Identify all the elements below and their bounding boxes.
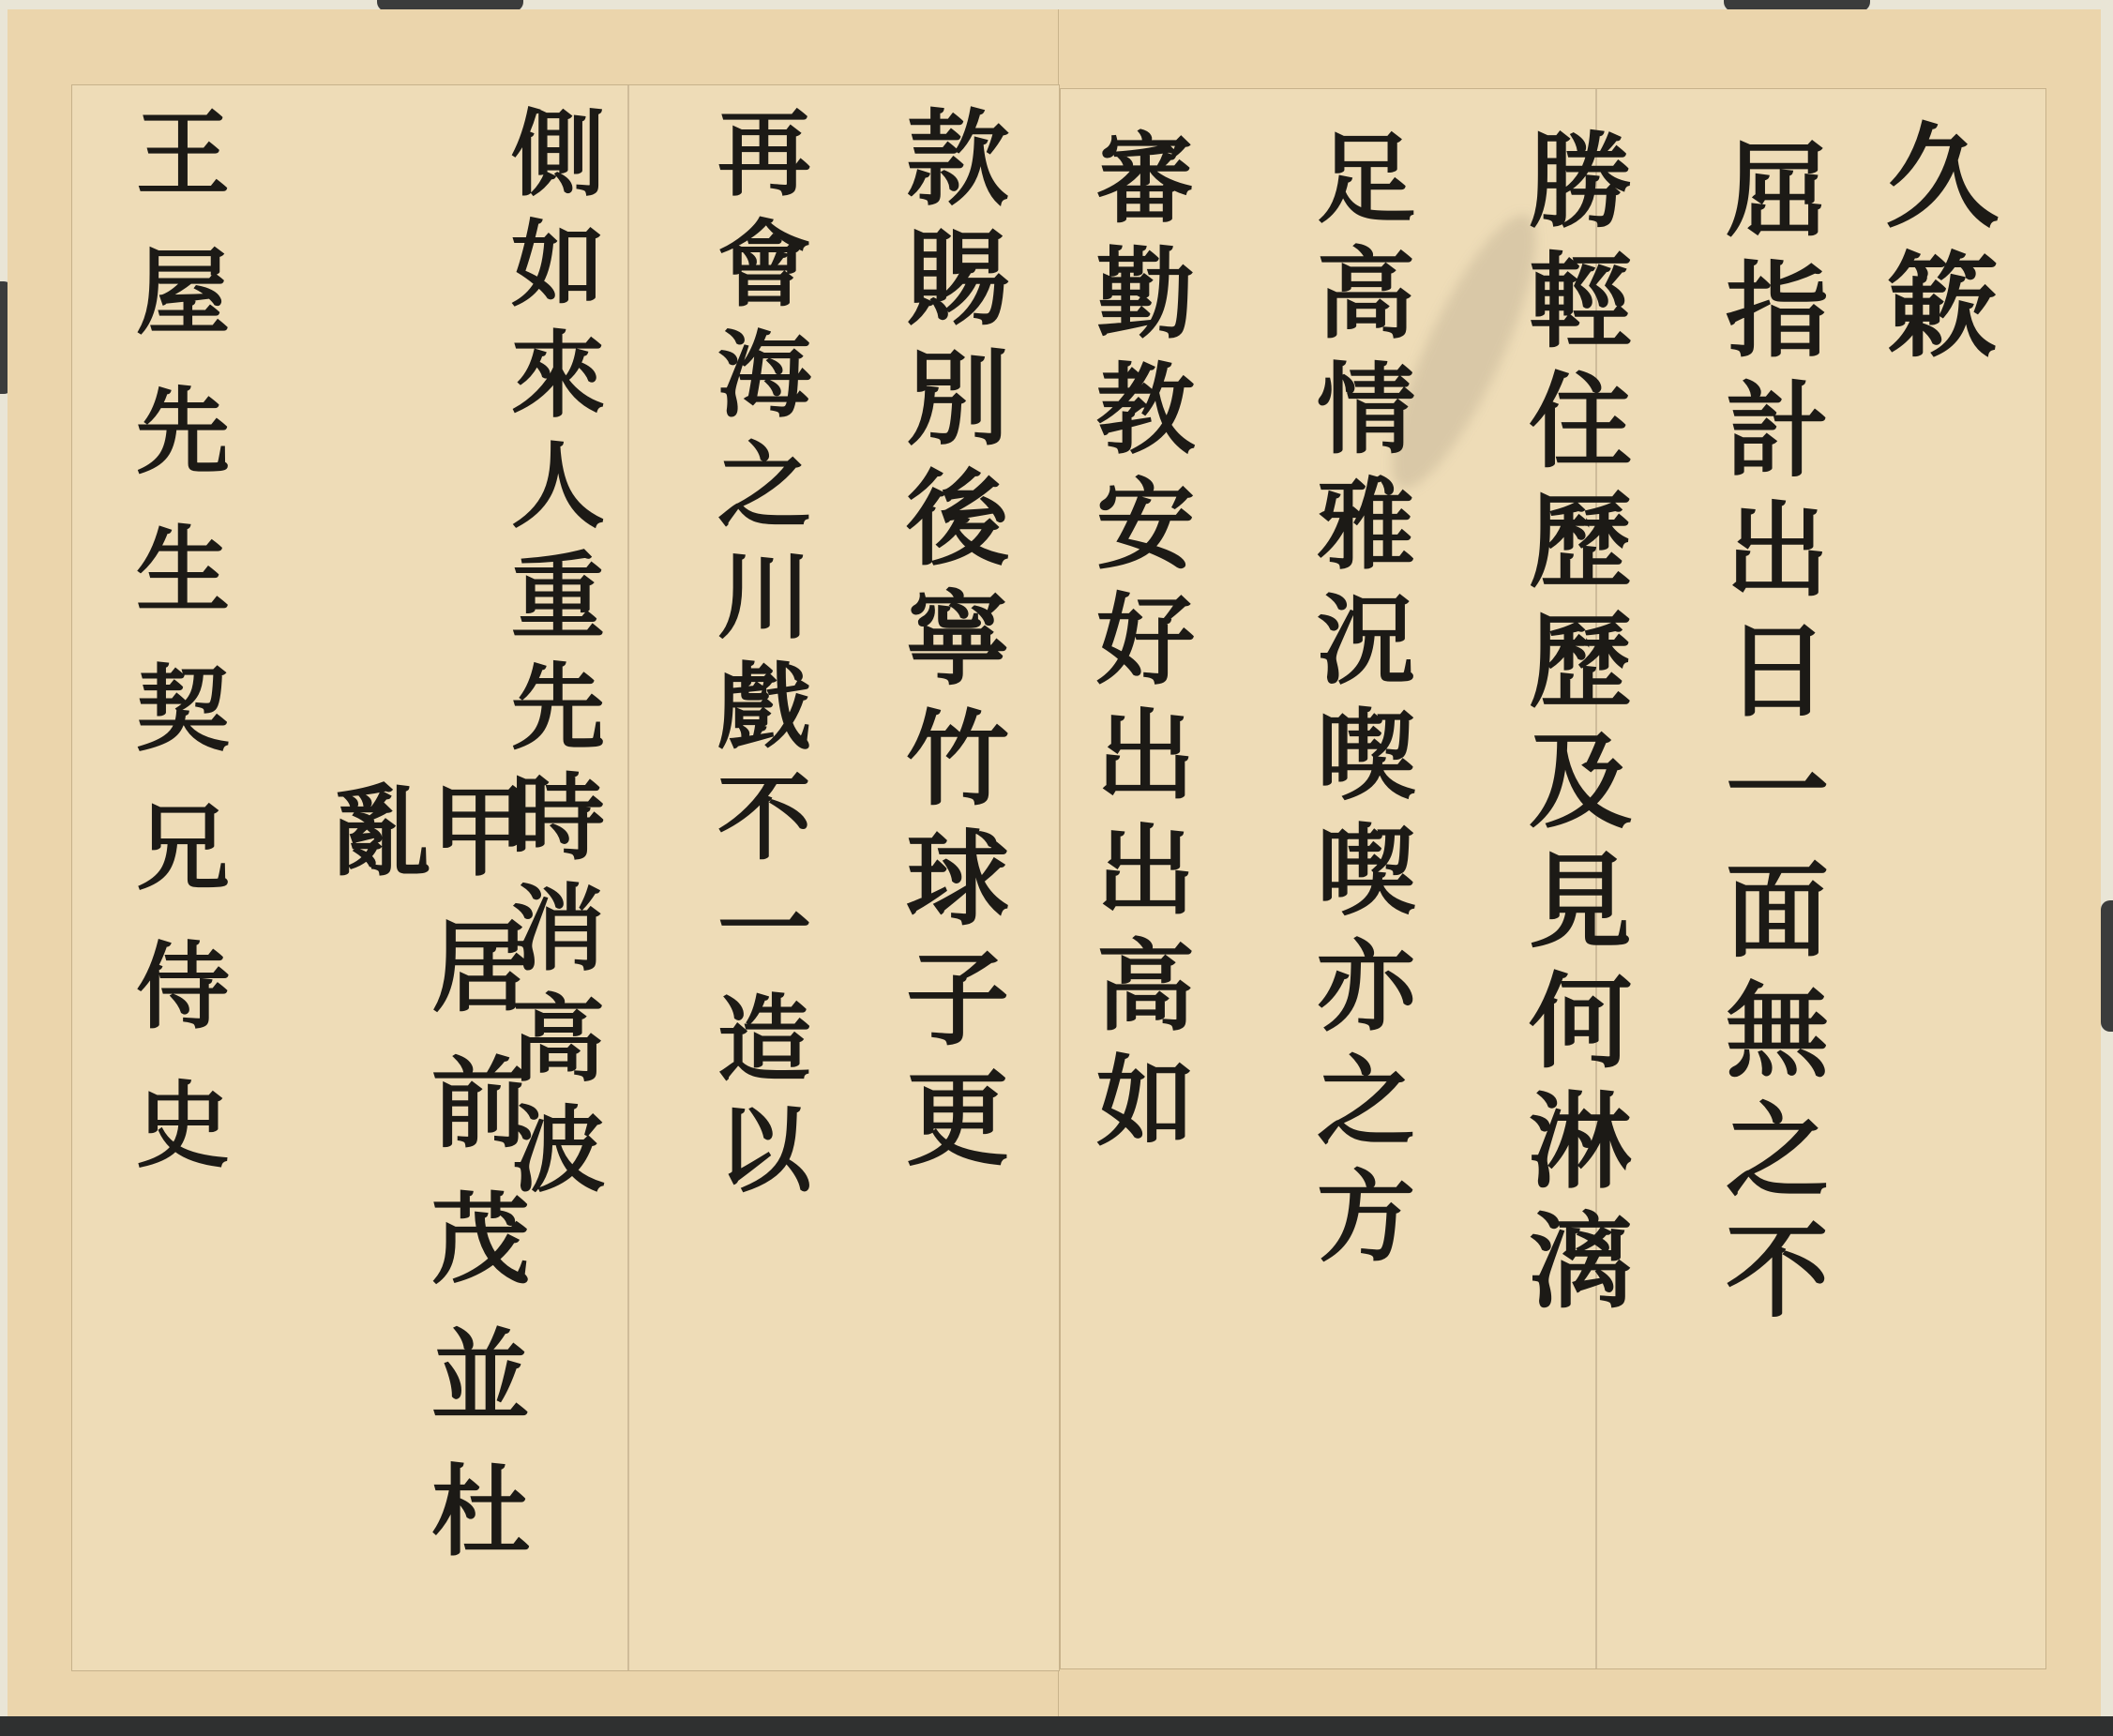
left-column-4: 甲居前茂並杜亂: [325, 779, 522, 1661]
left-column-1: 款賜別後寧竹球子更: [898, 104, 1001, 1661]
left-column-5: 王屋先生契兄侍史: [128, 104, 222, 1323]
left-page-frame: 款賜別後寧竹球子更 再會海之川戲不一造以 側如來人重先時消高波 甲居前茂並杜亂 …: [71, 84, 1060, 1671]
side-mount-clip-right: [2101, 900, 2113, 1032]
right-column-4: 足高情雅況喫喫亦之方: [1309, 127, 1408, 1627]
right-page: 久簌 屈指計出日一面無之不 勝輕住歷歷及見何淋漓 足高情雅況喫喫亦之方 審勤教安…: [1060, 9, 2101, 1716]
calligraphy-album: 款賜別後寧竹球子更 再會海之川戲不一造以 側如來人重先時消高波 甲居前茂並杜亂 …: [8, 9, 2101, 1716]
right-page-frame: 久簌 屈指計出日一面無之不 勝輕住歷歷及見何淋漓 足高情雅況喫喫亦之方 審勤教安…: [1060, 88, 2046, 1669]
right-column-1: 久簌: [1877, 117, 1989, 492]
right-column-3: 勝輕住歷歷及見何淋漓: [1520, 127, 1623, 1627]
right-column-2: 屈指計出日一面無之不: [1717, 136, 1820, 1637]
left-column-2: 再會海之川戲不一造以: [710, 104, 804, 1661]
left-page-fold-line: [627, 85, 629, 1670]
right-column-5: 審勤教安好出出高如: [1089, 127, 1187, 1627]
left-page: 款賜別後寧竹球子更 再會海之川戲不一造以 側如來人重先時消高波 甲居前茂並杜亂 …: [8, 9, 1059, 1716]
album-base-edge: [0, 1716, 2113, 1736]
